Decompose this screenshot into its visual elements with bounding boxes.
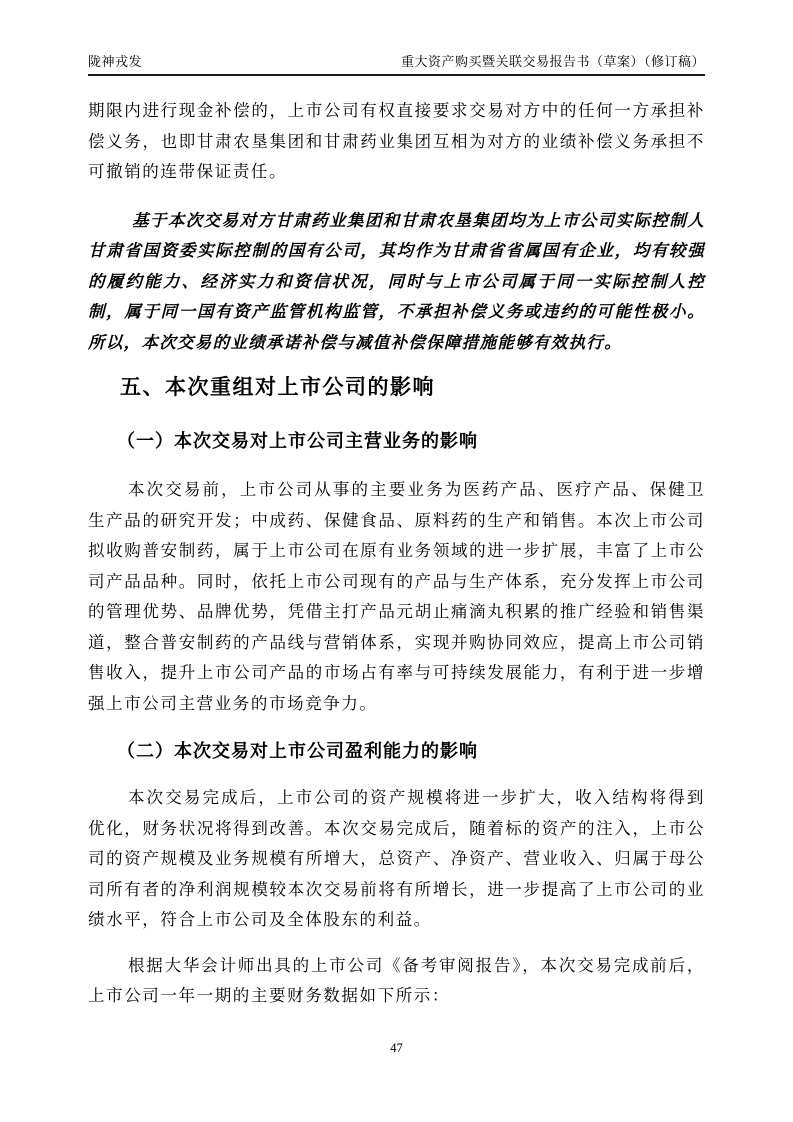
page-header: 陇神戎发 重大资产购买暨关联交易报告书（草案）（修订稿） [88,54,705,76]
document-page: 陇神戎发 重大资产购买暨关联交易报告书（草案）（修订稿） 期限内进行现金补偿的，… [0,0,793,1122]
section-heading: 五、本次重组对上市公司的影响 [88,374,705,402]
header-left-title: 陇神戎发 [88,54,142,70]
header-right-title: 重大资产购买暨关联交易报告书（草案）（修订稿） [401,54,705,70]
subsection-2-heading: （二）本次交易对上市公司盈利能力的影响 [88,738,705,764]
subsection-2-paragraph-2: 根据大华会计师出具的上市公司《备考审阅报告》，本次交易完成前后，上市公司一年一期… [88,951,705,1012]
subsection-1-heading: （一）本次交易对上市公司主营业务的影响 [88,428,705,454]
subsection-1-paragraph: 本次交易前，上市公司从事的主要业务为医药产品、医疗产品、保健卫生产品的研究开发；… [88,475,705,719]
paragraph-emphasis: 基于本次交易对方甘肃药业集团和甘肃农垦集团均为上市公司实际控制人甘肃省国资委实际… [88,206,705,359]
page-number: 47 [0,1041,793,1056]
subsection-2-paragraph-1: 本次交易完成后，上市公司的资产规模将进一步扩大，收入结构将得到优化，财务状况将得… [88,783,705,936]
paragraph-continuation: 期限内进行现金补偿的，上市公司有权直接要求交易对方中的任何一方承担补偿义务，也即… [88,96,705,188]
